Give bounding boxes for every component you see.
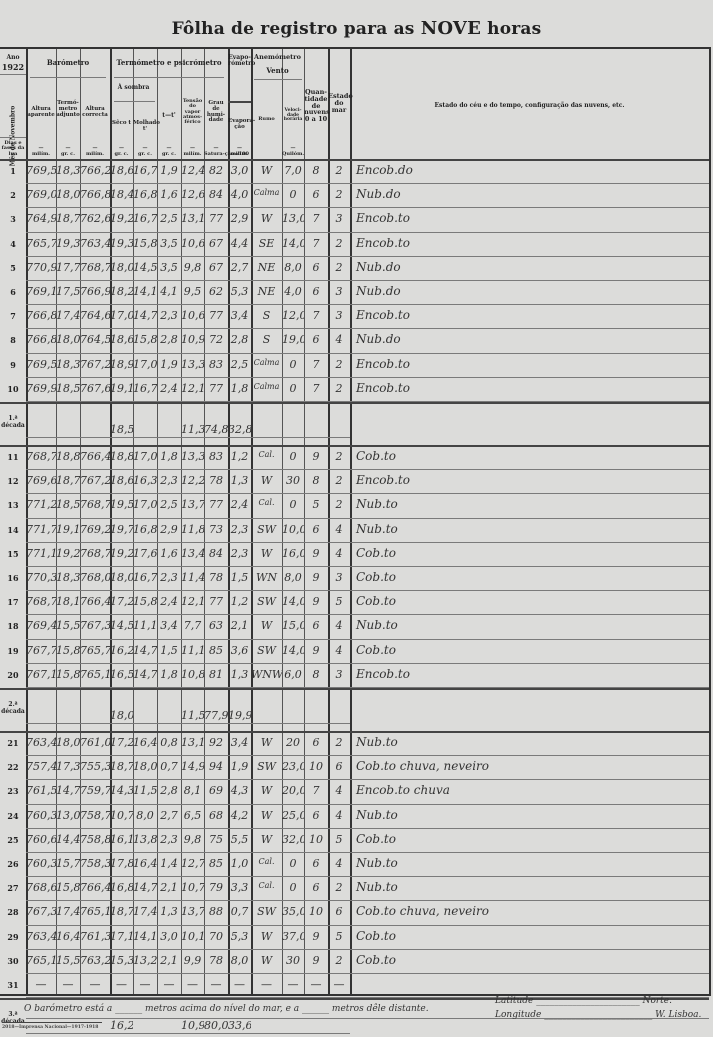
sky-condition-entry: Cob.to chuva, neveiro <box>356 904 489 918</box>
header-tensao: Tensão do vapor atmos-férico <box>181 99 204 125</box>
cell-molhado: 16,8 <box>133 188 157 201</box>
unit-label: — Quilóm. <box>282 145 304 157</box>
cell-tensao: 6,5 <box>181 809 204 822</box>
cell-tensao: 10,8 <box>181 668 204 681</box>
sky-condition-entry: Encob.do <box>356 163 413 177</box>
cell-humidade: 92 <box>204 736 228 749</box>
cell-rumo: SW <box>251 760 282 773</box>
year-divider <box>0 74 26 75</box>
cell-rumo: Calma <box>251 358 282 367</box>
cell-molhado: 16,7 <box>133 382 157 395</box>
decade-evaporacao-total: 33,6 <box>228 1019 251 1032</box>
cell-humidade: 84 <box>204 547 228 560</box>
days-label: Dias e fases da lua <box>0 141 26 157</box>
cell-velocidade: 19,0 <box>282 333 304 346</box>
decade-evaporacao-total: 32,8 <box>228 423 251 436</box>
barometer-note: O barómetro está a ______ metros acima d… <box>24 1004 429 1014</box>
cell-termometro-adjunto: — <box>56 978 80 991</box>
cell-velocidade: 6,0 <box>282 668 304 681</box>
cell-humidade: 77 <box>204 498 228 511</box>
cell-termometro-adjunto: 13,0 <box>56 809 80 822</box>
cell-humidade: 77 <box>204 595 228 608</box>
cell-rumo: SW <box>251 905 282 918</box>
cell-rumo: W <box>251 954 282 967</box>
cell-seco: 18,0 <box>110 571 133 584</box>
cell-nuvens: 9 <box>304 954 328 967</box>
cell-humidade: 83 <box>204 358 228 371</box>
cell-altura-aparente: 765,70 <box>26 237 56 250</box>
cell-altura-correcta: 769,23 <box>80 523 110 536</box>
sky-condition-entry: Encob.to <box>356 236 410 250</box>
cell-t-diff: 2,4 <box>157 382 181 395</box>
cell-nuvens: 8 <box>304 474 328 487</box>
cell-seco: — <box>110 978 133 991</box>
cell-altura-correcta: 767,28 <box>80 474 110 487</box>
cell-molhado: 11,5 <box>133 784 157 797</box>
sky-condition-entry: Nub.do <box>356 187 401 201</box>
cell-estado-mar: 3 <box>328 309 350 322</box>
cell-seco: 19,7 <box>110 523 133 536</box>
cell-humidade: 78 <box>204 954 228 967</box>
cell-termometro-adjunto: 18,0 <box>56 333 80 346</box>
day-number: 28 <box>0 907 26 917</box>
cell-estado-mar: 2 <box>328 164 350 177</box>
cell-molhado: 14,7 <box>133 668 157 681</box>
anemometer-group-header: Anemómetro <box>251 54 304 61</box>
cell-termometro-adjunto: 18,1 <box>56 595 80 608</box>
cell-tensao: 12,1 <box>181 382 204 395</box>
cell-termometro-adjunto: 17,4 <box>56 309 80 322</box>
cell-velocidade: 8,0 <box>282 261 304 274</box>
sky-condition-entry: Encob.to <box>356 211 410 225</box>
cell-tensao: 10,6 <box>181 237 204 250</box>
cell-altura-aparente: 771,70 <box>26 523 56 536</box>
cell-tensao: 10,1 <box>181 930 204 943</box>
cell-t-diff: 2,3 <box>157 833 181 846</box>
row-rule <box>26 949 709 950</box>
cell-rumo: NE <box>251 285 282 298</box>
cell-seco: 17,0 <box>110 309 133 322</box>
cell-altura-correcta: 755,34 <box>80 760 110 773</box>
decade-tensao-mean: 10,95 <box>181 1019 204 1032</box>
cell-t-diff: 3,5 <box>157 237 181 250</box>
cell-seco: 16,8 <box>110 881 133 894</box>
row-rule <box>26 925 709 926</box>
cell-altura-aparente: 767,15 <box>26 668 56 681</box>
cell-seco: 15,3 <box>110 954 133 967</box>
header-evaporacao: Evapora-ção <box>228 119 251 131</box>
cell-evaporacao: 3,4 <box>228 736 251 749</box>
row-rule <box>26 353 709 354</box>
cell-altura-correcta: 767,60 <box>80 382 110 395</box>
cell-tensao: 9,5 <box>181 285 204 298</box>
cell-altura-aparente: 760,30 <box>26 809 56 822</box>
cell-nuvens: 9 <box>304 571 328 584</box>
cell-seco: 16,5 <box>110 668 133 681</box>
row-rule <box>26 779 709 780</box>
cell-molhado: 8,0 <box>133 809 157 822</box>
cell-nuvens: 6 <box>304 619 328 632</box>
cell-estado-mar: 2 <box>328 736 350 749</box>
cell-termometro-adjunto: 15,8 <box>56 644 80 657</box>
cell-velocidade: 35,0 <box>282 905 304 918</box>
thermometer-group-header: Termómetro e psicrómetro <box>110 59 228 66</box>
cell-humidade: 72 <box>204 333 228 346</box>
cell-estado-mar: — <box>328 978 350 991</box>
cell-altura-aparente: 768,60 <box>26 881 56 894</box>
cell-rumo: S <box>251 333 282 346</box>
page-title: Fôlha de registro para as NOVE horas <box>0 18 713 39</box>
cell-rumo: Calma <box>251 188 282 197</box>
cell-evaporacao: 2,7 <box>228 261 251 274</box>
cell-tensao: 10,9 <box>181 333 204 346</box>
cell-nuvens: 7 <box>304 237 328 250</box>
cell-altura-correcta: 766,41 <box>80 450 110 463</box>
cell-evaporacao: 2,3 <box>228 523 251 536</box>
cell-nuvens: 9 <box>304 644 328 657</box>
cell-termometro-adjunto: 18,3 <box>56 358 80 371</box>
cell-nuvens: 7 <box>304 382 328 395</box>
cell-estado-mar: 4 <box>328 619 350 632</box>
cell-estado-mar: 2 <box>328 358 350 371</box>
register-sheet: Ano1922Mês de NovembroDias e fases da lu… <box>0 47 711 996</box>
cell-termometro-adjunto: 18,5 <box>56 498 80 511</box>
cell-nuvens: 9 <box>304 450 328 463</box>
cell-seco: 19,3 <box>110 237 133 250</box>
cell-termometro-adjunto: 18,7 <box>56 474 80 487</box>
row-rule <box>26 663 709 664</box>
cell-humidade: 81 <box>204 668 228 681</box>
sky-condition-entry: Nub.to <box>356 808 398 822</box>
cell-velocidade: 0 <box>282 450 304 463</box>
row-rule <box>26 328 709 329</box>
cell-altura-correcta: 768,02 <box>80 571 110 584</box>
cell-t-diff: 2,1 <box>157 881 181 894</box>
decade-label: 2.ª década <box>0 701 26 715</box>
printer-imprint: 2018—Imprensa Nacional—1917-1918 <box>2 1025 98 1030</box>
cell-termometro-adjunto: 14,7 <box>56 784 80 797</box>
day-number: 4 <box>0 239 26 249</box>
cell-altura-aparente: 768,70 <box>26 450 56 463</box>
cell-seco: 17,1 <box>110 930 133 943</box>
cell-estado-mar: 6 <box>328 905 350 918</box>
cell-seco: 17,2 <box>110 595 133 608</box>
cell-molhado: 17,0 <box>133 498 157 511</box>
cell-humidade: 94 <box>204 760 228 773</box>
cell-termometro-adjunto: 15,5 <box>56 619 80 632</box>
cell-estado-mar: 5 <box>328 930 350 943</box>
sky-condition-entry: Encob.to <box>356 381 410 395</box>
cell-velocidade: 32,0 <box>282 833 304 846</box>
cell-humidade: 68 <box>204 809 228 822</box>
decade-evaporacao-total: 19,9 <box>228 709 251 722</box>
cell-molhado: 15,8 <box>133 333 157 346</box>
cell-molhado: 14,1 <box>133 285 157 298</box>
cell-humidade: 85 <box>204 857 228 870</box>
cell-evaporacao: 1,9 <box>228 760 251 773</box>
cell-estado-mar: 3 <box>328 571 350 584</box>
cell-seco: 18,6 <box>110 474 133 487</box>
cell-t-diff: 0,8 <box>157 736 181 749</box>
header-humidade: Grau de humi-dade <box>204 101 228 124</box>
cell-evaporacao: — <box>228 978 251 991</box>
cell-altura-correcta: 759,70 <box>80 784 110 797</box>
decade-tensao-mean: 11,51 <box>181 709 204 722</box>
day-number: 1 <box>0 166 26 176</box>
decade-underline <box>26 723 350 724</box>
decade-tensao-mean: 11,39 <box>181 423 204 436</box>
cell-estado-mar: 4 <box>328 857 350 870</box>
day-number: 12 <box>0 476 26 486</box>
thermometer-group-rule <box>114 77 224 78</box>
day-number: 30 <box>0 956 26 966</box>
cell-seco: 16,2 <box>110 644 133 657</box>
cell-estado-mar: 3 <box>328 212 350 225</box>
cell-molhado: 16,4 <box>133 736 157 749</box>
cell-t-diff: 1,3 <box>157 905 181 918</box>
header-velocidade: Veloci-dade horária <box>282 109 304 123</box>
cell-nuvens: 6 <box>304 523 328 536</box>
cell-rumo: SW <box>251 644 282 657</box>
cell-humidade: 70 <box>204 930 228 943</box>
row-rule <box>26 256 709 257</box>
unit-label: — gr. c. <box>157 145 181 157</box>
cell-tensao: 12,1 <box>181 595 204 608</box>
cell-velocidade: 20 <box>282 736 304 749</box>
day-number: 3 <box>0 214 26 224</box>
cell-rumo: Cal. <box>251 498 282 507</box>
cell-t-diff: 1,6 <box>157 547 181 560</box>
cell-seco: 18,7 <box>110 760 133 773</box>
cell-t-diff: 1,9 <box>157 164 181 177</box>
decade-humidade-mean: 74,8 <box>204 423 228 436</box>
header-rumo: Rumo <box>251 117 282 122</box>
cell-molhado: 16,7 <box>133 571 157 584</box>
cell-velocidade: — <box>282 978 304 991</box>
cell-velocidade: 30 <box>282 474 304 487</box>
decade-underline <box>26 1033 350 1034</box>
cell-altura-correcta: 758,71 <box>80 809 110 822</box>
day-number: 5 <box>0 263 26 273</box>
sky-condition-entry: Encob.to <box>356 308 410 322</box>
cell-altura-aparente: 765,15 <box>26 954 56 967</box>
cell-molhado: 11,1 <box>133 619 157 632</box>
cell-altura-aparente: 763,40 <box>26 736 56 749</box>
cell-altura-aparente: 770,90 <box>26 261 56 274</box>
sky-condition-entry: Nub.to <box>356 618 398 632</box>
cell-humidade: 78 <box>204 474 228 487</box>
cell-altura-correcta: 766,44 <box>80 595 110 608</box>
cell-rumo: WN <box>251 571 282 584</box>
sky-condition-entry: Nub.do <box>356 260 401 274</box>
cell-estado-mar: 2 <box>328 382 350 395</box>
cell-evaporacao: 1,2 <box>228 450 251 463</box>
sky-condition-entry: Cob.to <box>356 643 396 657</box>
cell-nuvens: 10 <box>304 833 328 846</box>
cell-altura-aparente: 769,90 <box>26 382 56 395</box>
header-vento: Vento <box>251 67 304 74</box>
cell-altura-aparente: 767,70 <box>26 644 56 657</box>
cell-evaporacao: 1,8 <box>228 382 251 395</box>
sky-condition-entry: Nub.to <box>356 497 398 511</box>
cell-altura-correcta: 763,44 <box>80 237 110 250</box>
sky-condition-entry: Cob.to chuva, neveiro <box>356 759 489 773</box>
cell-t-diff: 1,8 <box>157 668 181 681</box>
barometer-group-rule <box>30 77 106 78</box>
cell-molhado: 14,7 <box>133 644 157 657</box>
cell-nuvens: 9 <box>304 547 328 560</box>
cell-rumo: Cal. <box>251 857 282 866</box>
cell-estado-mar: 5 <box>328 833 350 846</box>
sky-condition-entry: Nub.to <box>356 522 398 536</box>
cell-altura-correcta: 764,65 <box>80 309 110 322</box>
cell-molhado: 17,4 <box>133 905 157 918</box>
cell-rumo: W <box>251 547 282 560</box>
cell-estado-mar: 4 <box>328 333 350 346</box>
cell-tensao: 10,7 <box>181 881 204 894</box>
row-rule <box>26 566 709 567</box>
cell-altura-correcta: 766,48 <box>80 881 110 894</box>
cell-velocidade: 15,0 <box>282 619 304 632</box>
day-number: 20 <box>0 670 26 680</box>
sky-condition-entry: Cob.to <box>356 953 396 967</box>
cell-t-diff: 3,0 <box>157 930 181 943</box>
row-rule <box>26 639 709 640</box>
cell-velocidade: 20,0 <box>282 784 304 797</box>
cell-altura-correcta: 766,81 <box>80 188 110 201</box>
row-rule <box>26 542 709 543</box>
decade-label: 1.ª década <box>0 415 26 429</box>
cell-estado-mar: 2 <box>328 237 350 250</box>
cell-estado-mar: 2 <box>328 188 350 201</box>
cell-t-diff: — <box>157 978 181 991</box>
cell-molhado: 16,3 <box>133 474 157 487</box>
cell-estado-mar: 4 <box>328 784 350 797</box>
cell-t-diff: 1,9 <box>157 358 181 371</box>
sky-condition-entry: Cob.to <box>356 449 396 463</box>
cell-estado-mar: 4 <box>328 809 350 822</box>
cell-evaporacao: 2,8 <box>228 333 251 346</box>
cell-nuvens: 6 <box>304 736 328 749</box>
title-prefix: Fôlha de registro para as <box>172 19 415 39</box>
cell-evaporacao: 3,6 <box>228 644 251 657</box>
cell-evaporacao: 0,7 <box>228 905 251 918</box>
cell-humidade: 84 <box>204 188 228 201</box>
sky-condition-entry: Cob.to <box>356 929 396 943</box>
cell-nuvens: 6 <box>304 333 328 346</box>
day-number: 7 <box>0 311 26 321</box>
cell-rumo: W <box>251 736 282 749</box>
cell-velocidade: 0 <box>282 382 304 395</box>
cell-altura-correcta: 768,75 <box>80 547 110 560</box>
cell-altura-aparente: 769,60 <box>26 474 56 487</box>
unit-label: — gr. c. <box>133 145 157 157</box>
cell-altura-aparente: 769,50 <box>26 358 56 371</box>
cell-velocidade: 14,0 <box>282 237 304 250</box>
cell-velocidade: 25,0 <box>282 809 304 822</box>
day-number: 6 <box>0 287 26 297</box>
cell-seco: 16,1 <box>110 833 133 846</box>
title-hour: NOVE <box>421 18 481 39</box>
unit-label: — milím. <box>80 145 110 157</box>
cell-altura-aparente: 769,15 <box>26 285 56 298</box>
cell-tensao: 12,7 <box>181 857 204 870</box>
cell-nuvens: 7 <box>304 309 328 322</box>
cell-tensao: 7,7 <box>181 619 204 632</box>
cell-velocidade: 37,0 <box>282 930 304 943</box>
decade-seco-mean: 16,27 <box>110 1019 133 1032</box>
cell-altura-aparente: 769,05 <box>26 188 56 201</box>
cell-evaporacao: 1,5 <box>228 571 251 584</box>
sky-condition-entry: Encob.to <box>356 667 410 681</box>
cell-estado-mar: 4 <box>328 547 350 560</box>
cell-seco: 17,8 <box>110 857 133 870</box>
day-number: 16 <box>0 573 26 583</box>
cell-velocidade: 12,0 <box>282 309 304 322</box>
cell-altura-correcta: 767,22 <box>80 358 110 371</box>
cell-t-diff: 2,5 <box>157 498 181 511</box>
unit-label: — Satura-ção=100 <box>204 145 228 157</box>
cell-velocidade: 0 <box>282 358 304 371</box>
cell-evaporacao: 4,2 <box>228 809 251 822</box>
cell-evaporacao: 5,3 <box>228 930 251 943</box>
cell-humidade: 85 <box>204 644 228 657</box>
cell-nuvens: 6 <box>304 857 328 870</box>
cell-nuvens: — <box>304 978 328 991</box>
cell-molhado: 16,4 <box>133 857 157 870</box>
header-altura-aparente: Altura aparente <box>26 107 56 119</box>
cell-termometro-adjunto: 18,0 <box>56 188 80 201</box>
row-rule <box>26 804 709 805</box>
cell-evaporacao: 1,0 <box>228 857 251 870</box>
cell-rumo: W <box>251 212 282 225</box>
cell-rumo: W <box>251 474 282 487</box>
cell-altura-aparente: 769,45 <box>26 619 56 632</box>
cell-altura-correcta: 763,24 <box>80 954 110 967</box>
cell-estado-mar: 2 <box>328 474 350 487</box>
row-rule <box>26 828 709 829</box>
cell-rumo: W <box>251 619 282 632</box>
cell-humidade: 63 <box>204 619 228 632</box>
cell-rumo: Calma <box>251 382 282 391</box>
decade-bottom-rule <box>0 731 709 733</box>
cell-altura-correcta: 764,58 <box>80 333 110 346</box>
cell-humidade: 83 <box>204 450 228 463</box>
cell-altura-correcta: 768,71 <box>80 261 110 274</box>
cell-altura-correcta: 765,10 <box>80 668 110 681</box>
cell-nuvens: 7 <box>304 212 328 225</box>
cell-rumo: W <box>251 164 282 177</box>
header-estado-ceu: Estado do céu e do tempo, configuração d… <box>350 103 709 109</box>
cell-estado-mar: 4 <box>328 523 350 536</box>
cell-humidade: — <box>204 978 228 991</box>
cell-t-diff: 1,8 <box>157 450 181 463</box>
cell-altura-aparente: 761,55 <box>26 784 56 797</box>
cell-altura-correcta: 768,70 <box>80 498 110 511</box>
cell-rumo: SE <box>251 237 282 250</box>
cell-evaporacao: 5,3 <box>228 285 251 298</box>
cell-t-diff: 2,3 <box>157 571 181 584</box>
cell-altura-correcta: 767,35 <box>80 619 110 632</box>
cell-seco: 18,2 <box>110 285 133 298</box>
latitude-line: Latitude _______________________ Norte. <box>495 996 672 1006</box>
day-number: 9 <box>0 360 26 370</box>
decade-humidade-mean: 77,9 <box>204 709 228 722</box>
cell-t-diff: 2,3 <box>157 309 181 322</box>
cell-humidade: 67 <box>204 261 228 274</box>
row-rule <box>26 852 709 853</box>
cell-altura-aparente: 760,65 <box>26 833 56 846</box>
